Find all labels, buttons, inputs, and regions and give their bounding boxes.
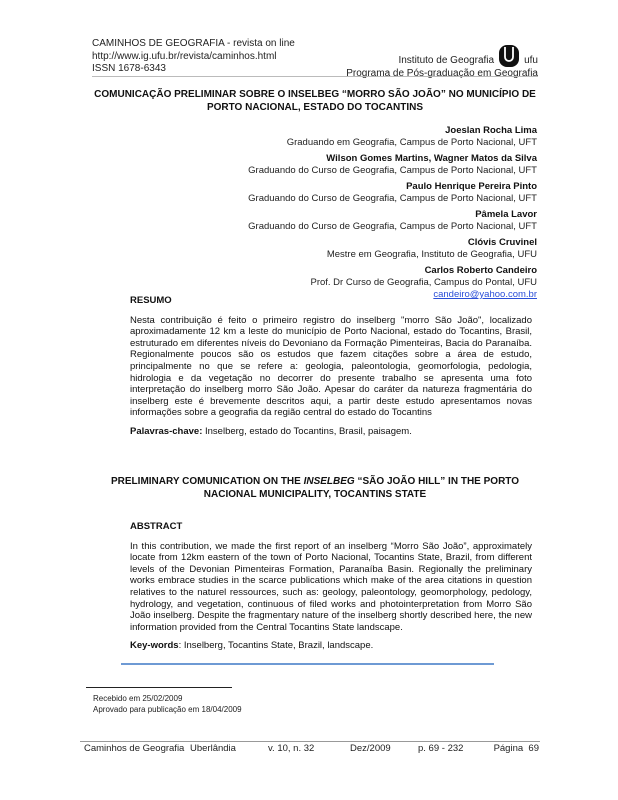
author-affiliation: Mestre em Geografia, Instituto de Geogra…	[117, 249, 537, 261]
paper-title-en: PRELIMINARY COMUNICATION ON THE INSELBEG…	[92, 476, 538, 501]
footer-city: Uberlândia	[190, 743, 256, 754]
author-list: Joeslan Rocha Lima Graduando em Geografi…	[117, 125, 537, 305]
journal-url: http://www.ig.ufu.br/revista/caminhos.ht…	[92, 51, 295, 64]
author-name: Carlos Roberto Candeiro	[117, 265, 537, 277]
author-affiliation: Graduando do Curso de Geografia, Campus …	[117, 193, 537, 205]
title-text: PRELIMINARY COMUNICATION ON THE	[111, 476, 304, 487]
keywords-label: Key-words	[130, 640, 179, 651]
approved-date: Aprovado para publicação em 18/04/2009	[93, 705, 242, 716]
footer-date: Dez/2009	[350, 743, 400, 754]
journal-issn: ISSN 1678-6343	[92, 63, 295, 76]
keywords-label: Palavras-chave:	[130, 426, 202, 437]
abstract-body: In this contribution, we made the first …	[130, 541, 532, 634]
footnote: Recebido em 25/02/2009 Aprovado para pub…	[93, 694, 242, 715]
author-name: Wilson Gomes Martins, Wagner Matos da Si…	[117, 153, 537, 165]
footer-page-number: Página 69	[494, 743, 539, 754]
institute-name: Instituto de Geografia	[398, 54, 494, 67]
author-affiliation: Graduando do Curso de Geografia, Campus …	[117, 221, 537, 233]
keywords-text: Inselberg, estado do Tocantins, Brasil, …	[202, 426, 411, 437]
institute-header: Instituto de Geografia ufu Programa de P…	[346, 44, 538, 80]
author-name: Joeslan Rocha Lima	[117, 125, 537, 137]
author-affiliation: Graduando do Curso de Geografia, Campus …	[117, 165, 537, 177]
title-text: “SÃO JOÃO HILL” IN THE PORTO	[355, 476, 519, 487]
ufu-logo-icon	[498, 44, 520, 68]
resumo-section: RESUMO Nesta contribuição é feito o prim…	[130, 295, 532, 438]
footer-divider	[80, 741, 540, 742]
keywords-text: : Inselberg, Tocantins State, Brazil, la…	[179, 640, 374, 651]
page-footer: Caminhos de Geografia Uberlândia v. 10, …	[84, 743, 539, 754]
author-name: Clóvis Cruvinel	[117, 237, 537, 249]
author-affiliation: Prof. Dr Curso de Geografia, Campus do P…	[117, 277, 537, 289]
program-name: Programa de Pós-graduação em Geografia	[346, 67, 538, 80]
university-abbr: ufu	[524, 54, 538, 67]
title-line: COMUNICAÇÃO PRELIMINAR SOBRE O INSELBEG …	[92, 89, 538, 102]
footer-pages: p. 69 - 232	[418, 743, 478, 754]
author-entry: Joeslan Rocha Lima Graduando em Geografi…	[117, 125, 537, 149]
received-date: Recebido em 25/02/2009	[93, 694, 242, 705]
resumo-body: Nesta contribuição é feito o primeiro re…	[130, 315, 532, 419]
footnote-divider	[86, 687, 232, 688]
paper-title-pt: COMUNICAÇÃO PRELIMINAR SOBRE O INSELBEG …	[92, 89, 538, 114]
section-divider	[121, 663, 494, 665]
author-entry: Clóvis Cruvinel Mestre em Geografia, Ins…	[117, 237, 537, 261]
author-entry: Paulo Henrique Pereira Pinto Graduando d…	[117, 181, 537, 205]
author-entry: Pâmela Lavor Graduando do Curso de Geogr…	[117, 209, 537, 233]
footer-journal: Caminhos de Geografia	[84, 743, 173, 754]
header-divider	[92, 76, 538, 77]
footer-volume: v. 10, n. 32	[268, 743, 334, 754]
abstract-keywords: Key-words: Inselberg, Tocantins State, B…	[130, 640, 532, 652]
resumo-heading: RESUMO	[130, 295, 532, 307]
journal-header: CAMINHOS DE GEOGRAFIA - revista on line …	[92, 38, 295, 76]
title-line: NACIONAL MUNICIPALITY, TOCANTINS STATE	[92, 489, 538, 502]
abstract-heading: ABSTRACT	[130, 521, 532, 533]
author-entry: Wilson Gomes Martins, Wagner Matos da Si…	[117, 153, 537, 177]
title-italic: INSELBEG	[304, 476, 355, 487]
abstract-section: ABSTRACT In this contribution, we made t…	[130, 521, 532, 652]
resumo-keywords: Palavras-chave: Inselberg, estado do Toc…	[130, 426, 532, 438]
author-name: Paulo Henrique Pereira Pinto	[117, 181, 537, 193]
journal-name: CAMINHOS DE GEOGRAFIA - revista on line	[92, 38, 295, 51]
title-line: PORTO NACIONAL, ESTADO DO TOCANTINS	[92, 102, 538, 115]
author-affiliation: Graduando em Geografia, Campus de Porto …	[117, 137, 537, 149]
author-name: Pâmela Lavor	[117, 209, 537, 221]
title-line: PRELIMINARY COMUNICATION ON THE INSELBEG…	[92, 476, 538, 489]
